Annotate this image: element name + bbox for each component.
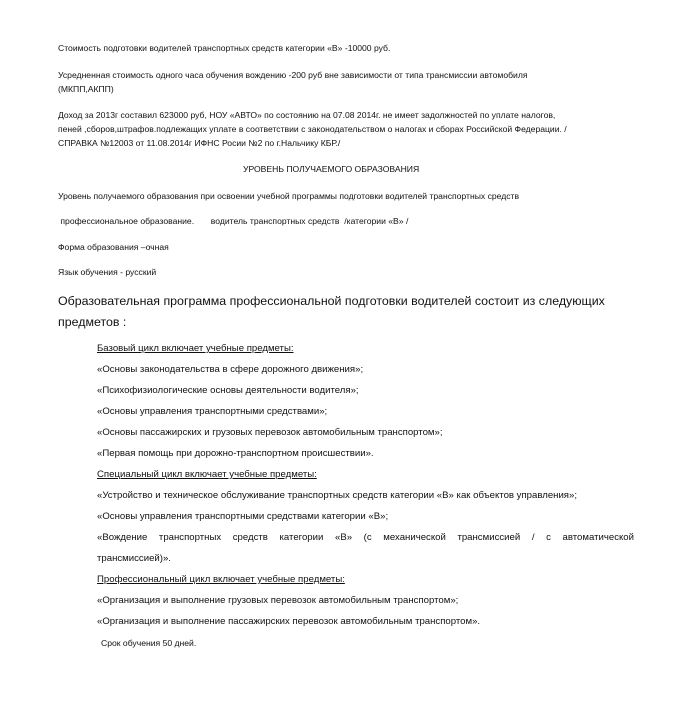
professional-cycle-title: Профессиональный цикл включает учебные п… xyxy=(97,574,345,586)
paragraph-hour-cost-line2: (МКПП,АКПП) xyxy=(58,83,114,95)
training-duration: Срок обучения 50 дней. xyxy=(101,637,196,649)
list-item: «Основы управления транспортными средств… xyxy=(97,511,388,523)
paragraph-income-line1: Доход за 2013г составил 623000 руб, НОУ … xyxy=(58,109,555,121)
heading-education-level: УРОВЕНЬ ПОЛУЧАЕМОГО ОБРАЗОВАНИЯ xyxy=(243,163,419,175)
list-item: «Первая помощь при дорожно-транспортном … xyxy=(97,448,374,460)
program-heading-line2: предметов : xyxy=(58,312,126,333)
paragraph-income-line2: пеней ,сборов,штрафов.подлежащих уплате … xyxy=(58,123,567,135)
list-item: «Основы пассажирских и грузовых перевозо… xyxy=(97,427,443,439)
paragraph-hour-cost-line1: Усредненная стоимость одного часа обучен… xyxy=(58,69,528,81)
paragraph-education-form: Форма образования –очная xyxy=(58,241,169,253)
paragraph-professional-education: профессиональное образование. водитель т… xyxy=(58,215,408,227)
list-item: «Организация и выполнение грузовых перев… xyxy=(97,595,458,607)
list-item: «Основы законодательства в сфере дорожно… xyxy=(97,364,363,376)
list-item: «Психофизиологические основы деятельност… xyxy=(97,385,359,397)
paragraph-language: Язык обучения - русский xyxy=(58,266,156,278)
list-item: «Организация и выполнение пассажирских п… xyxy=(97,616,480,628)
special-cycle-title: Специальный цикл включает учебные предме… xyxy=(97,469,317,481)
base-cycle-title: Базовый цикл включает учебные предметы: xyxy=(97,343,294,355)
list-item: «Основы управления транспортными средств… xyxy=(97,406,327,418)
list-item: «Вождение транспортных средств категории… xyxy=(97,527,634,569)
paragraph-cost: Стоимость подготовки водителей транспорт… xyxy=(58,42,390,54)
paragraph-education-level: Уровень получаемого образования при осво… xyxy=(58,190,519,202)
program-heading-line1: Образовательная программа профессиональн… xyxy=(58,291,605,312)
list-item: «Устройство и техническое обслуживание т… xyxy=(97,490,577,502)
paragraph-income-line3: СПРАВКА №12003 от 11.08.2014г ИФНС Росии… xyxy=(58,137,340,149)
